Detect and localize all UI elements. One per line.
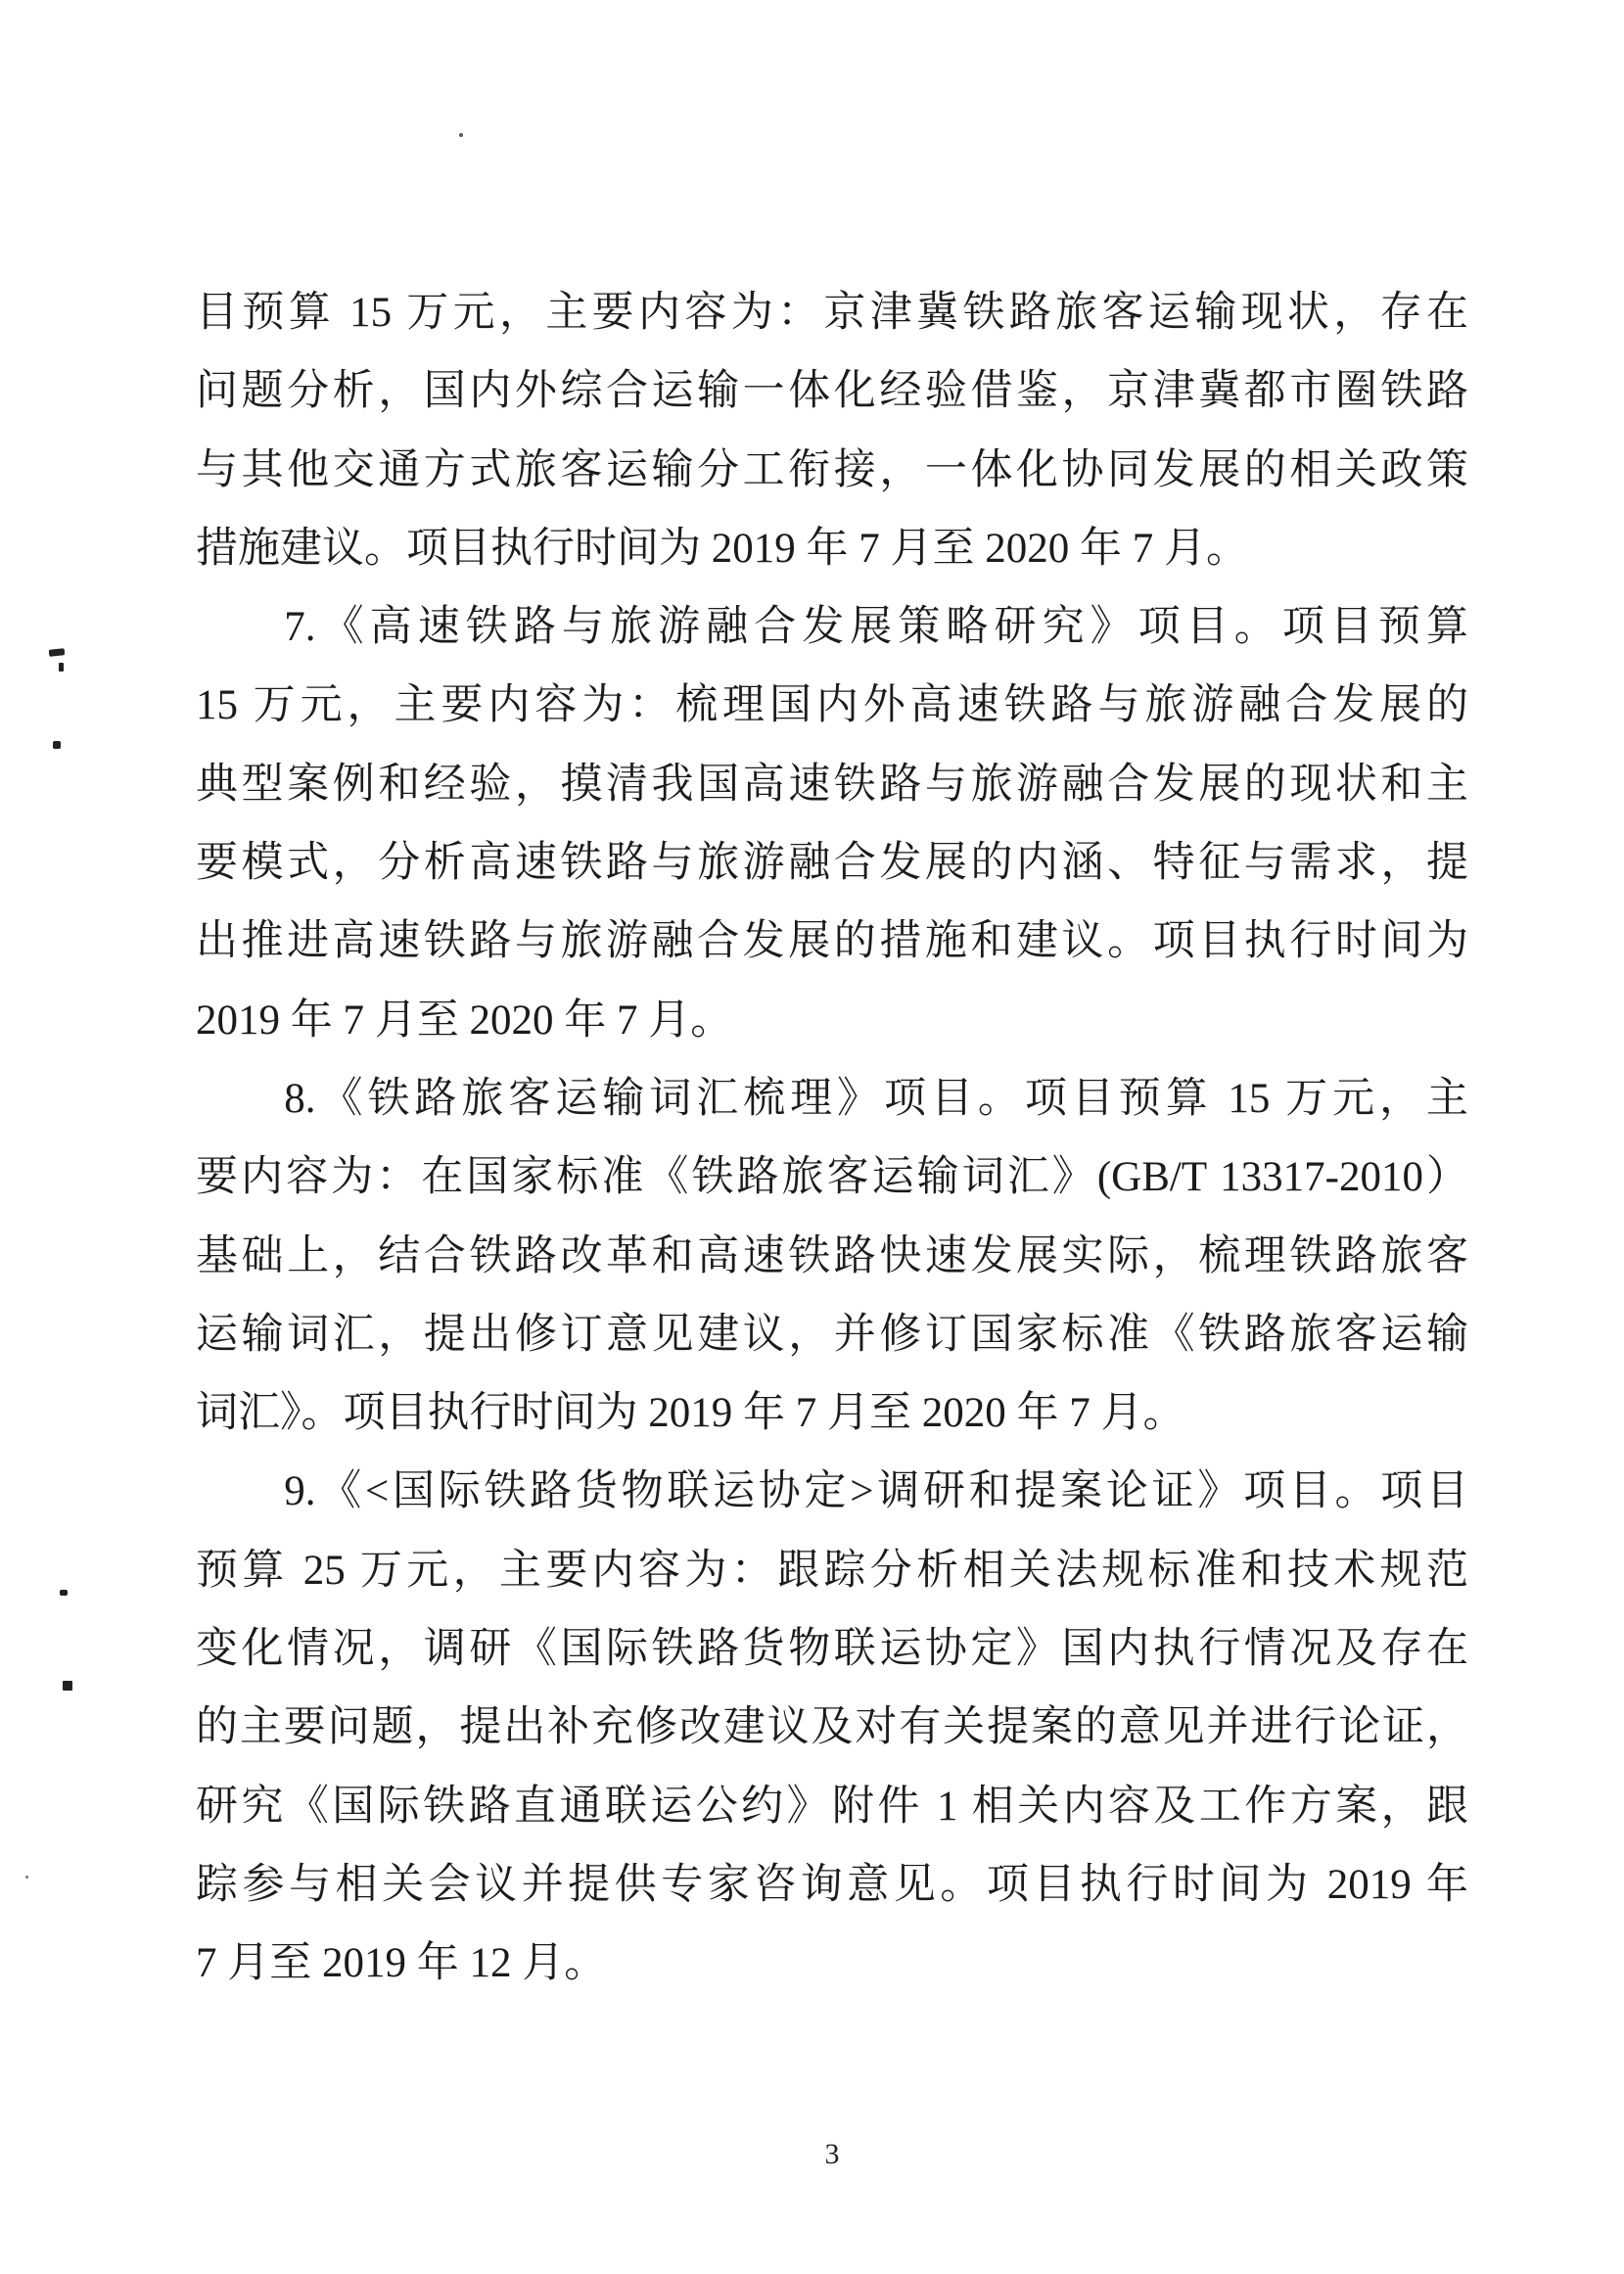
- text-line: 目预算 15 万元，主要内容为：京津冀铁路旅客运输现状，存在: [196, 274, 1468, 352]
- text-line: 基础上，结合铁路改革和高速铁路快速发展实际，梳理铁路旅客: [196, 1218, 1468, 1296]
- text-line: 研究《国际铁路直通联运公约》附件 1 相关内容及工作方案，跟: [196, 1768, 1468, 1846]
- scan-speck: [25, 1876, 28, 1879]
- scan-speck: [63, 1681, 72, 1691]
- scan-speck: [49, 648, 66, 657]
- text-line: 2019 年 7 月至 2020 年 7 月。: [196, 982, 1468, 1060]
- document-page: 目预算 15 万元，主要内容为：京津冀铁路旅客运输现状，存在问题分析，国内外综合…: [0, 0, 1624, 2274]
- scan-speck: [59, 663, 64, 672]
- text-line: 踪参与相关会议并提供专家咨询意见。项目执行时间为 2019 年: [196, 1846, 1468, 1925]
- text-line: 7.《高速铁路与旅游融合发展策略研究》项目。项目预算: [196, 588, 1468, 667]
- text-line: 要内容为：在国家标准《铁路旅客运输词汇》(GB/T 13317-2010）: [196, 1138, 1468, 1217]
- scan-speck: [53, 741, 61, 749]
- text-line: 预算 25 万元，主要内容为：跟踪分析相关法规标准和技术规范: [196, 1532, 1468, 1610]
- text-line: 15 万元，主要内容为：梳理国内外高速铁路与旅游融合发展的: [196, 667, 1468, 745]
- text-line: 的主要问题，提出补充修改建议及对有关提案的意见并进行论证，: [196, 1689, 1468, 1767]
- text-line: 出推进高速铁路与旅游融合发展的措施和建议。项目执行时间为: [196, 903, 1468, 981]
- text-line: 运输词汇，提出修订意见建议，并修订国家标准《铁路旅客运输: [196, 1296, 1468, 1374]
- page-number: 3: [705, 2138, 959, 2171]
- text-line: 与其他交通方式旅客运输分工衔接，一体化协同发展的相关政策: [196, 432, 1468, 510]
- text-line: 要模式，分析高速铁路与旅游融合发展的内涵、特征与需求，提: [196, 824, 1468, 903]
- text-line: 变化情况，调研《国际铁路货物联运协定》国内执行情况及存在: [196, 1610, 1468, 1689]
- text-line: 措施建议。项目执行时间为 2019 年 7 月至 2020 年 7 月。: [196, 510, 1468, 588]
- scan-speck: [60, 1590, 68, 1596]
- text-line: 9.《<国际铁路货物联运协定>调研和提案论证》项目。项目: [196, 1453, 1468, 1531]
- text-line: 7 月至 2019 年 12 月。: [196, 1925, 1468, 2003]
- text-line: 问题分析，国内外综合运输一体化经验借鉴，京津冀都市圈铁路: [196, 352, 1468, 431]
- text-line: 典型案例和经验，摸清我国高速铁路与旅游融合发展的现状和主: [196, 746, 1468, 824]
- document-body: 目预算 15 万元，主要内容为：京津冀铁路旅客运输现状，存在问题分析，国内外综合…: [196, 274, 1468, 2004]
- scan-speck: [459, 133, 463, 137]
- text-line: 词汇》。项目执行时间为 2019 年 7 月至 2020 年 7 月。: [196, 1374, 1468, 1453]
- text-line: 8.《铁路旅客运输词汇梳理》项目。项目预算 15 万元，主: [196, 1060, 1468, 1138]
